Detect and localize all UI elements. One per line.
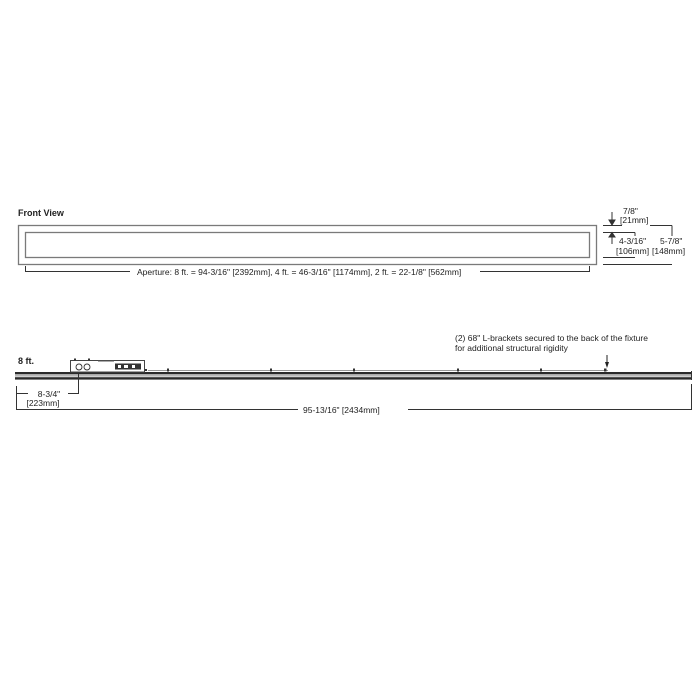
callout-line-2: for additional structural rigidity <box>455 343 568 353</box>
side-view-fixture <box>15 359 692 381</box>
aperture-height-metric: [106mm] <box>616 246 649 256</box>
drawing-canvas <box>0 0 700 700</box>
callout-line-1: (2) 68" L-brackets secured to the back o… <box>455 333 648 343</box>
callout-arrow <box>605 355 609 368</box>
offset-dim-metric: [223mm] <box>18 398 68 408</box>
front-view-fixture <box>19 226 597 265</box>
aperture-height-imperial: 4-3/16" <box>619 236 646 246</box>
trim-dim-metric: [21mm] <box>620 215 648 225</box>
size-label: 8 ft. <box>18 356 34 366</box>
overall-height-imperial: 5-7/8" <box>660 236 682 246</box>
front-view-title: Front View <box>18 208 64 218</box>
driver-box <box>71 359 148 373</box>
aperture-note: Aperture: 8 ft. = 94-3/16" [2392mm], 4 f… <box>134 267 464 277</box>
overall-height-metric: [148mm] <box>652 246 685 256</box>
overall-length-dim: 95-13/16" [2434mm] <box>300 405 383 415</box>
